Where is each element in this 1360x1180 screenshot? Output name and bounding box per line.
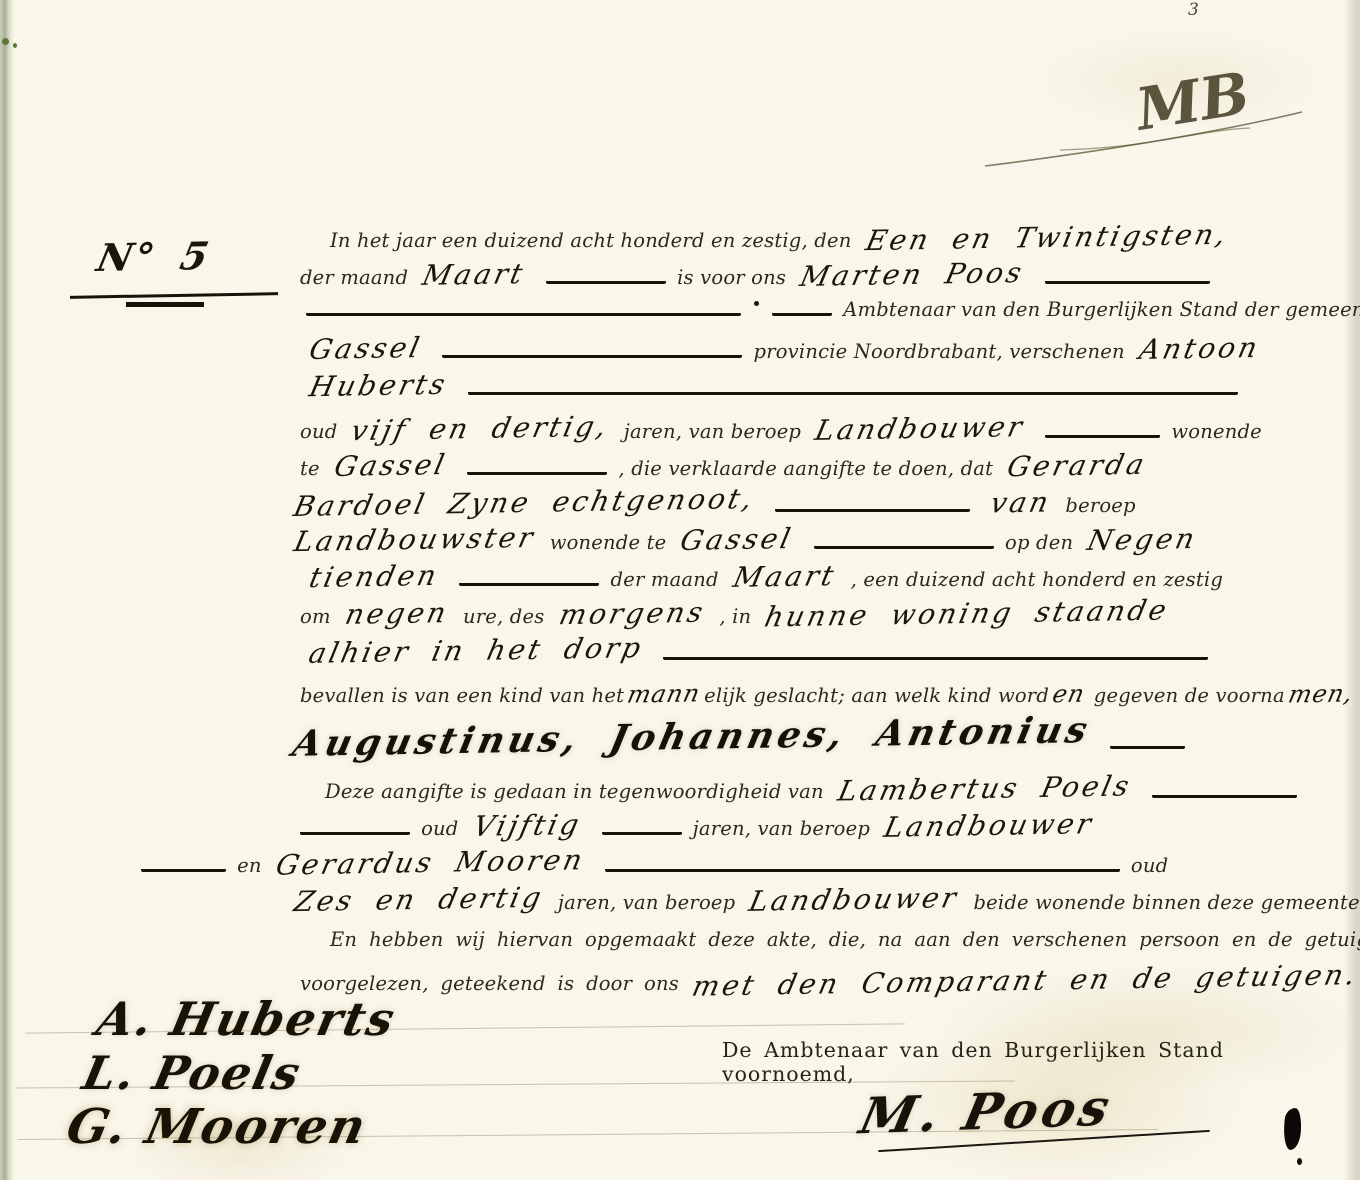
form-line-2: der maand Maart is voor ons Marten Poos: [285, 261, 1350, 298]
blank-rule: [1045, 434, 1160, 438]
form-line-17: en Gerardus Mooren oud: [135, 849, 1350, 886]
blank-rule: [300, 831, 410, 835]
form-line-3: Ambtenaar van den Burgerlijken Stand der…: [285, 298, 1350, 335]
clerk-initials-flourish: MB: [950, 38, 1320, 178]
printed-text: oud: [1131, 854, 1168, 877]
form-line-10: tienden der maand Maart , een duizend ac…: [285, 563, 1350, 600]
blank-rule: [468, 391, 1238, 395]
blank-rule: [467, 471, 607, 475]
printed-text: en: [237, 854, 262, 877]
handwritten-birth-place-2: alhier in het dorp: [306, 634, 645, 668]
form-line-11: om negen ure, des morgens , in hunne won…: [285, 600, 1350, 637]
form-line-12: alhier in het dorp: [285, 637, 1350, 674]
handwritten-occupation: Landbouwer: [813, 413, 1028, 445]
ink-blot: [1283, 1107, 1303, 1150]
printed-text: oud: [421, 817, 458, 840]
printed-text: jaren, van beroep: [558, 891, 735, 914]
form-line-8: Bardoel Zyne echtgenoot, van beroep: [285, 489, 1350, 526]
handwritten-suffix: en: [1050, 682, 1087, 707]
handwritten-birth-place: hunne woning staande: [763, 596, 1172, 631]
form-line-7: te Gassel , die verklaarde aangifte te d…: [285, 452, 1350, 489]
blank-rule: [1045, 280, 1210, 284]
handwritten-suffix-2: men,: [1286, 681, 1355, 706]
handwritten-birth-day-part2: tienden: [307, 562, 442, 592]
handwritten-time-of-day: morgens: [556, 599, 707, 630]
printed-text: , in: [719, 605, 751, 628]
blank-rule: [814, 545, 994, 549]
handwritten-witness2-occupation: Landbouwer: [747, 884, 962, 916]
handwritten-month: Maart: [420, 260, 528, 290]
blank-rule: [459, 582, 599, 586]
handwritten-birth-hour: negen: [343, 599, 452, 629]
printed-text: om: [300, 605, 331, 628]
blank-rule: [306, 312, 741, 316]
handwritten-mother-occupation: Landbouwster: [292, 524, 539, 556]
blank-rule: [605, 868, 1120, 872]
act-number-block: N° 5: [88, 238, 288, 276]
handwritten-age: vijf en dertig,: [349, 413, 612, 445]
printed-text: wonende: [1171, 420, 1262, 443]
official-title: De Ambtenaar van den Burgerlijken Stand …: [722, 1038, 1360, 1086]
paper-fold-edge: [0, 0, 15, 1180]
printed-text: Ambtenaar van den Burgerlijken Stand der…: [843, 298, 1360, 321]
form-line-9: Landbouwster wonende te Gassel op den Ne…: [285, 526, 1350, 563]
act-number-underline-2: [126, 302, 204, 307]
printed-text: der maand: [611, 568, 719, 591]
signature-official: M. Poos: [855, 1078, 1119, 1146]
printed-text: bevallen is van een kind van het: [300, 684, 624, 707]
blank-rule: [1152, 794, 1297, 798]
printed-text: gegeven de voorna: [1094, 684, 1285, 707]
act-number-underline: [70, 292, 278, 299]
signature-witness-huberts: A. Huberts: [92, 992, 401, 1046]
handwritten-witness1-age: Vijftig: [470, 811, 583, 841]
page-number-mark: 3: [1188, 0, 1199, 20]
printed-text: te: [300, 457, 320, 480]
printed-text: elijk geslacht; aan welk kind word: [704, 684, 1049, 707]
handwritten-declarant-first-name: Antoon: [1137, 334, 1263, 364]
blank-rule: [442, 354, 742, 358]
handwritten-mother-first-name: Gerarda: [1005, 451, 1150, 481]
printed-text: beide wonende binnen deze gemeente.: [973, 891, 1360, 914]
blank-rule: [546, 280, 666, 284]
printed-text: In het jaar een duizend acht honderd en …: [330, 229, 851, 252]
form-line-16: oud Vijftig jaren, van beroep Landbouwer: [285, 812, 1350, 849]
ink-blot-dot: [1297, 1158, 1302, 1165]
form-line-6: oud vijf en dertig, jaren, van beroep La…: [285, 415, 1350, 452]
handwritten-mother-surname: Bardoel Zyne echtgenoot,: [291, 485, 757, 521]
printed-text: jaren, van beroep: [693, 817, 870, 840]
handwritten-residence: Gassel: [332, 451, 450, 481]
printed-text: beroep: [1065, 494, 1135, 517]
handwritten-birth-day-part1: Negen: [1085, 525, 1200, 555]
printed-text: provincie Noordbrabant, verschenen: [754, 340, 1125, 363]
clerk-initials: MB: [1130, 59, 1254, 144]
blank-rule: [775, 508, 970, 512]
printed-text: ure, des: [463, 605, 544, 628]
handwritten-official-name: Marten Poos: [798, 259, 1027, 291]
blank-rule: [602, 831, 682, 835]
ink-dot: [754, 301, 759, 306]
act-number: N° 5: [94, 237, 214, 277]
handwritten-witness1-occupation: Landbouwer: [882, 810, 1097, 842]
printed-text: op den: [1005, 531, 1073, 554]
handwritten-witness2-age: Zes en dertig: [292, 884, 547, 916]
printed-text: , een duizend acht honderd en zestig: [851, 568, 1223, 591]
closing-paragraph: En hebben wij hiervan opgemaakt deze akt…: [300, 918, 1355, 1006]
paper-speck: [2, 38, 9, 45]
blank-rule: [1110, 745, 1185, 749]
paper-speck: [13, 43, 17, 48]
handwritten-child-names: Augustinus, Johannes, Antonius: [290, 712, 1095, 762]
birth-certificate-document: { "margin": { "act_no": "N° 5" }, "corne…: [0, 0, 1360, 1180]
printed-text: der maand: [300, 266, 408, 289]
handwritten-witness1-name: Lambertus Poels: [835, 772, 1134, 805]
handwritten-witness2-name: Gerardus Mooren: [273, 846, 587, 879]
blank-rule: [772, 312, 832, 316]
handwritten-text: van: [988, 488, 1054, 517]
printed-text: jaren, van beroep: [624, 420, 801, 443]
witness-signatures: A. Huberts L. Poels G. Mooren: [92, 992, 389, 1154]
printed-text: wonende te: [550, 531, 667, 554]
printed-text: Deze aangifte is gedaan in tegenwoordigh…: [325, 780, 824, 803]
closing-line-2: voorgelezen, geteekend is door ons met d…: [300, 962, 1355, 1006]
form-line-1: In het jaar een duizend acht honderd en …: [285, 224, 1350, 261]
handwritten-municipality: Gassel: [307, 334, 425, 364]
printed-text: oud: [300, 420, 337, 443]
handwritten-day: Een en Twintigsten,: [863, 221, 1231, 255]
signature-witness-poels: L. Poels: [78, 1046, 401, 1100]
form-line-4: Gassel provincie Noordbrabant, verschene…: [285, 335, 1350, 372]
handwritten-closing: met den Comparant en de getuigen.: [690, 961, 1360, 1001]
closing-line-1: En hebben wij hiervan opgemaakt deze akt…: [300, 918, 1355, 962]
printed-text: En hebben wij hiervan opgemaakt deze akt…: [330, 928, 1360, 951]
form-line-14: Augustinus, Johannes, Antonius: [285, 719, 1350, 769]
form-line-15: Deze aangifte is gedaan in tegenwoordigh…: [285, 775, 1350, 812]
blank-rule: [141, 868, 226, 872]
form-line-5: Huberts: [285, 372, 1350, 409]
printed-text: is voor ons: [677, 266, 786, 289]
handwritten-birth-month: Maart: [731, 562, 839, 592]
handwritten-gender: mann: [625, 681, 702, 706]
handwritten-declarant-surname: Huberts: [307, 371, 450, 401]
blank-rule: [663, 656, 1208, 660]
printed-text: , die verklaarde aangifte te doen, dat: [618, 457, 993, 480]
signature-witness-mooren: G. Mooren: [62, 1100, 401, 1154]
form-body: In het jaar een duizend acht honderd en …: [285, 224, 1350, 923]
handwritten-mother-residence: Gassel: [678, 525, 796, 555]
